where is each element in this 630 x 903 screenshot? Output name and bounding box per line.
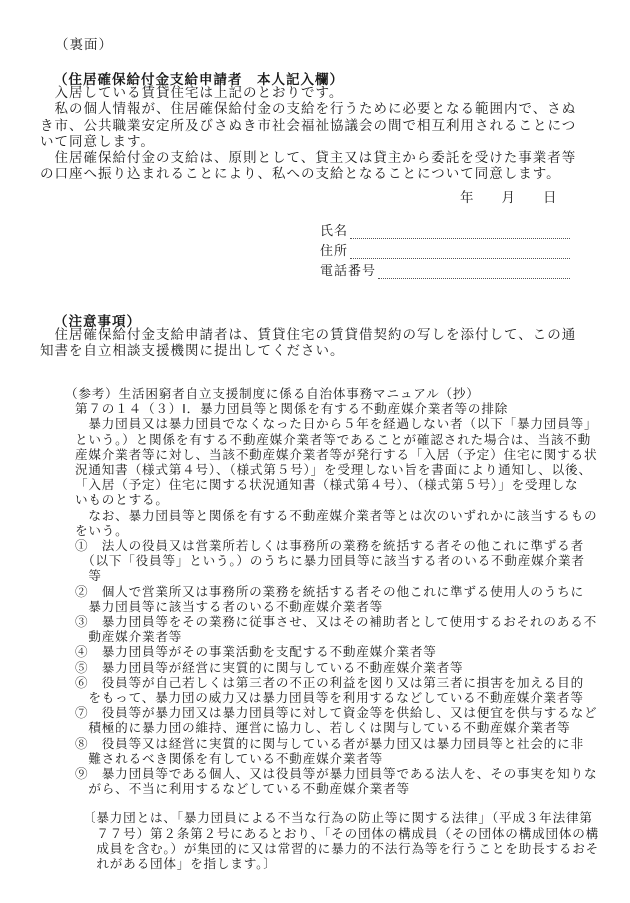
- phone-field-line: [378, 258, 570, 279]
- consent-paragraph-personal-info: 私の個人情報が、住居確保給付金の支給を行うために必要となる範囲内で、さぬ き市、…: [40, 101, 600, 150]
- consent-paragraph-housing: 入居している賃貸住宅は上記のとおりです。: [40, 85, 600, 101]
- list-item: ② 個人で営業所又は事務所の業務を統括する者その他これに準ずる使用人のうちに 暴…: [75, 585, 610, 615]
- signature-fields: 氏名 住所 電話番号: [320, 219, 570, 279]
- reference-footnote-boryokudan-definition: 〔暴力団とは、「暴力団員による不当な行為の防止等に関する法律」（平成３年法律第 …: [83, 811, 610, 872]
- list-item: ⑥ 役員等が自己若しくは第三者の不正の利益を図り又は第三者に損害を加える目的 を…: [75, 676, 610, 706]
- address-field-row: 住所: [320, 239, 570, 259]
- list-item: ⑧ 役員等又は経営に実質的に関与している者が暴力団又は暴力団員等と社会的に非 難…: [75, 737, 610, 767]
- month-label: 月: [502, 186, 516, 206]
- name-field-row: 氏名: [320, 219, 570, 239]
- phone-field-row: 電話番号: [320, 259, 570, 279]
- name-field-line: [350, 218, 570, 239]
- name-field-label: 氏名: [320, 220, 350, 239]
- reference-section: （参考）生活困窮者自立支援制度に係る自治体事務マニュアル（抄） 第７の１４（３）…: [65, 387, 610, 872]
- list-item: ⑦ 役員等が暴力団又は暴力団員等に対して資金等を供給し、又は便宜を供与するなど …: [75, 706, 610, 736]
- address-field-line: [350, 238, 570, 259]
- back-side-label: （裏面）: [55, 33, 113, 53]
- list-item: ⑨ 暴力団員等である個人、又は役員等が暴力団員等である法人を、その事実を知りな …: [75, 767, 610, 797]
- date-line: 年 月 日: [460, 186, 557, 206]
- reference-paragraph-exclusion: 暴力団員又は暴力団員でなくなった日から５年を経過しない者（以下「暴力団員等」 と…: [75, 417, 610, 508]
- consent-paragraph-payment: 住居確保給付金の支給は、原則として、貸主又は貸主から委託を受けた事業者等 の口座…: [40, 150, 600, 183]
- document-page: （裏面） （住居確保給付金支給申請者 本人記入欄） 入居している賃貸住宅は上記の…: [0, 0, 630, 903]
- list-item: ① 法人の役員又は営業所若しくは事務所の業務を統括する者その他これに準ずる者 （…: [75, 539, 610, 585]
- list-item: ③ 暴力団員等をその業務に従事させ、又はその補助者として使用するおそれのある不 …: [75, 615, 610, 645]
- list-item: ④ 暴力団員等がその事業活動を支配する不動産媒介業者等: [75, 645, 610, 660]
- list-item: ⑤ 暴力団員等が経営に実質的に関与している不動産媒介業者等: [75, 661, 610, 676]
- reference-subtitle: 第７の１４（３）Ⅰ．暴力団員等と関係を有する不動産媒介業者等の排除: [75, 402, 610, 417]
- reference-title: （参考）生活困窮者自立支援制度に係る自治体事務マニュアル（抄）: [65, 387, 610, 402]
- year-label: 年: [460, 186, 474, 206]
- phone-field-label: 電話番号: [320, 260, 378, 279]
- reference-body: 第７の１４（３）Ⅰ．暴力団員等と関係を有する不動産媒介業者等の排除 暴力団員又は…: [75, 402, 610, 797]
- applicant-consent-text: 入居している賃貸住宅は上記のとおりです。 私の個人情報が、住居確保給付金の支給を…: [40, 85, 600, 183]
- day-label: 日: [543, 186, 557, 206]
- address-field-label: 住所: [320, 240, 350, 259]
- reference-paragraph-definition: なお、暴力団員等と関係を有する不動産媒介業者等とは次のいずれかに該当するもの を…: [75, 509, 610, 539]
- notes-paragraph: 住居確保給付金支給申請者は、賃貸住宅の賃貸借契約の写しを添付して、この通 知書を…: [40, 327, 600, 360]
